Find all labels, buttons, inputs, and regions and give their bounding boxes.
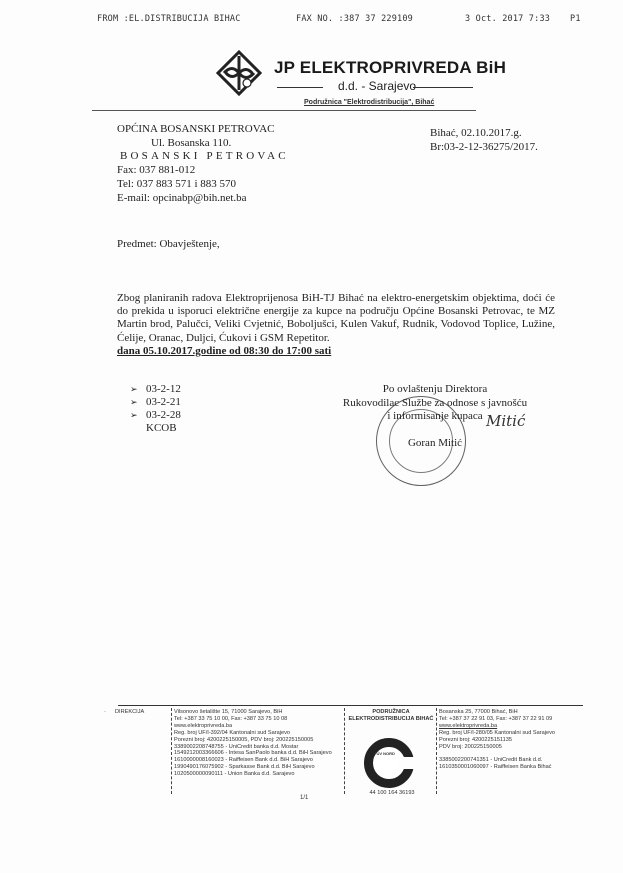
- fax-number: FAX NO. :387 37 229109: [296, 14, 413, 24]
- tuv-badge: TÜV NORD: [374, 751, 395, 758]
- outage-date-time: dana 05.10.2017.godine od 08:30 do 17:00…: [117, 345, 555, 358]
- fax-from: FROM :EL.DISTRIBUCIJA BIHAC: [97, 14, 241, 24]
- header-divider: [92, 110, 476, 111]
- company-name: JP ELEKTROPRIVREDA BiH: [274, 58, 506, 78]
- signature-title: Rukovodilac Službe za odnose s javnošću: [330, 397, 540, 411]
- recipient-name: OPĆINA BOSANSKI PETROVAC: [117, 123, 289, 137]
- signatory-name: Goran Mitić: [330, 437, 540, 451]
- list-item: ➢03-2-12: [130, 383, 181, 396]
- branch-name: Podružnica "Elektrodistribucija", Bihać: [304, 99, 434, 106]
- reference-number: Br:03-2-12-36275/2017.: [430, 141, 538, 155]
- direction-details: Vilsonovo šetalište 15, 71000 Sarajevo, …: [174, 709, 344, 778]
- place-date: Bihać, 02.10.2017.g.: [430, 127, 538, 141]
- recipient-city: BOSANSKI PETROVAC: [117, 150, 289, 164]
- footer-separator: [171, 708, 172, 794]
- page-indicator: 1/1: [300, 795, 308, 801]
- recipient-street: Ul. Bosanska 110.: [117, 137, 289, 151]
- list-item: KCOB: [130, 422, 181, 435]
- branch-contact: Bosanska 25, 77000 Bihać, BiH Tel: +387 …: [439, 709, 589, 771]
- direction-label: DIREKCIJA: [115, 709, 144, 716]
- branch-details: PODRUŽNICA ELEKTRODISTRIBUCIJA BIHAĆ: [346, 709, 436, 723]
- iso-number: 44 100 164 36193: [352, 790, 432, 797]
- fax-page: P1: [570, 14, 581, 24]
- decorative-rule: [413, 87, 473, 88]
- subject-line: Predmet: Obavještenje,: [117, 238, 220, 250]
- direction-marker: ·: [104, 709, 106, 716]
- arrow-bullet-icon: ➢: [130, 383, 146, 396]
- footer-separator: [344, 708, 345, 794]
- list-item: ➢03-2-28: [130, 409, 181, 422]
- recipient-tel: Tel: 037 883 571 i 883 570: [117, 178, 289, 192]
- signature-authority: Po ovlaštenju Direktora: [330, 383, 540, 397]
- fax-datetime: 3 Oct. 2017 7:33: [465, 14, 550, 24]
- body-paragraph: Zbog planiranih radova Elektroprijenosa …: [117, 292, 555, 345]
- copies-list: ➢03-2-12 ➢03-2-21 ➢03-2-28 KCOB: [130, 383, 181, 435]
- footer-divider: [118, 705, 583, 706]
- elektroprivreda-logo-icon: [216, 50, 262, 96]
- handwritten-signature: Mitić: [486, 412, 525, 430]
- recipient-email: E-mail: opcinabp@bih.net.ba: [117, 192, 289, 206]
- letter-body: Zbog planiranih radova Elektroprijenosa …: [117, 292, 555, 358]
- company-subtitle: d.d. - Sarajevo: [338, 79, 416, 93]
- arrow-bullet-icon: ➢: [130, 409, 146, 422]
- recipient-fax: Fax: 037 881-012: [117, 164, 289, 178]
- reference-block: Bihać, 02.10.2017.g. Br:03-2-12-36275/20…: [430, 127, 538, 154]
- recipient-address: OPĆINA BOSANSKI PETROVAC Ul. Bosanska 11…: [117, 123, 289, 205]
- footer-separator: [436, 708, 437, 794]
- list-item: ➢03-2-21: [130, 396, 181, 409]
- decorative-rule: [277, 87, 323, 88]
- arrow-bullet-icon: ➢: [130, 396, 146, 409]
